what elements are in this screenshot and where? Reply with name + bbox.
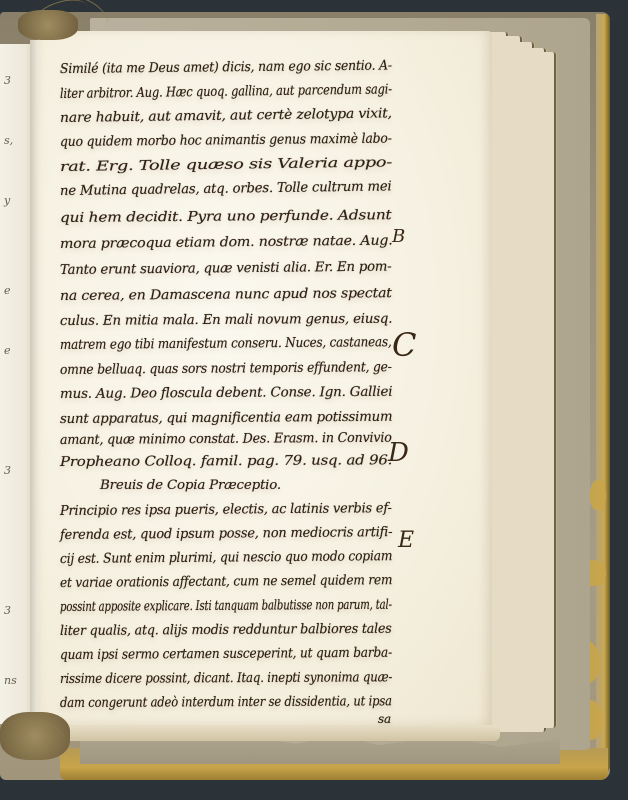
text-line: na cerea, en Damascena nunc apud nos spe… — [60, 286, 392, 304]
text-line: Propheano Colloq. famil. pag. 79. usq. a… — [60, 453, 392, 470]
water-stain — [590, 480, 606, 510]
text-line: quam ipsi sermo certamen susceperint, ut… — [60, 646, 392, 663]
text-line: ferenda est, quod ipsum posse, non medio… — [60, 525, 393, 543]
margin-letter-e: E — [398, 528, 414, 553]
text-line: sunt apparatus, qui magnificentia eam po… — [60, 410, 392, 427]
page-bottom-edge — [60, 725, 500, 741]
text-line: et variae orationis affectant, cum ne se… — [60, 573, 392, 591]
text-line: mus. Aug. Deo floscula debent. Conse. Ig… — [60, 385, 392, 402]
page-edge — [538, 52, 556, 728]
margin-letter-c: C — [392, 326, 416, 364]
section-heading: Breuis de Copia Præceptio. — [100, 478, 281, 493]
text-line: qui hem decidit. Pyra uno perfunde. Adsu… — [60, 208, 392, 226]
text-line: culus. En mitia mala. En mali novum genu… — [60, 312, 392, 329]
text-line: Principio res ipsa pueris, electis, ac l… — [60, 501, 392, 519]
text-line: matrem ego tibi manifestum conseru. Nuce… — [60, 335, 392, 353]
margin-letter-d: D — [388, 438, 409, 468]
text-line: liter qualis, atq. alijs modis redduntur… — [60, 622, 392, 639]
margin-letter-b: B — [392, 226, 405, 247]
text-line: omne belluaq. quas sors nostri temporis … — [60, 360, 392, 378]
text-line: rissime dicere possint, dicant. Itaq. in… — [60, 670, 392, 687]
text-line: dam congerunt adeò interdum inter se dis… — [60, 694, 392, 711]
text-line: amant, quæ minimo constat. Des. Erasm. i… — [60, 431, 392, 448]
manuscript-scan: 3 s, y e e 3 3 ns Similé (ita me Deus am… — [0, 0, 628, 800]
text-line: possint apposite explicare. Isti tanquam… — [60, 598, 392, 615]
catchword: sa — [378, 712, 391, 726]
text-line: cij est. Sunt enim plurimi, qui nescio q… — [60, 549, 392, 567]
